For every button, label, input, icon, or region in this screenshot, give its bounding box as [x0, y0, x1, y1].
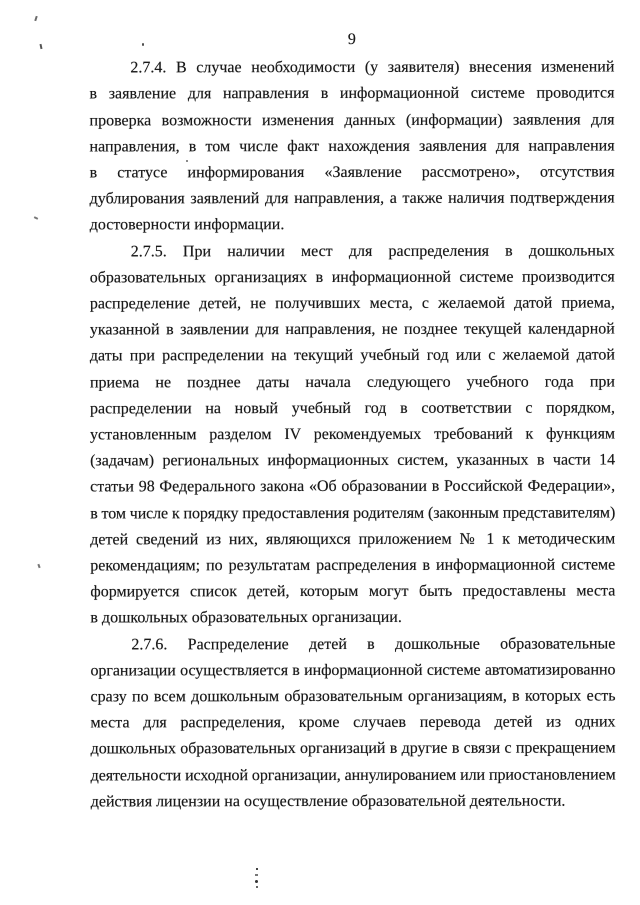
text-line: 2.7.5. При наличии мест для распределени… — [90, 238, 615, 265]
text-line: (задачам) региональных информационных си… — [90, 448, 615, 475]
text-line: 2.7.6. Распределение детей в дошкольные … — [90, 631, 615, 658]
text-line: распределении на новый учебный год в соо… — [90, 395, 615, 422]
scan-artifact — [255, 880, 258, 883]
text-line: организации осуществляется в информацион… — [90, 657, 615, 684]
paragraph-2-7-6: 2.7.6. Распределение детей в дошкольные … — [90, 631, 615, 815]
text-line: даты при распределении на текущий учебны… — [90, 343, 615, 370]
text-line: формируется список детей, которым могут … — [90, 579, 615, 606]
scanned-sheet: 9 2.7.4. В случае необходимости (у заяви… — [0, 0, 640, 816]
text-line: распределение детей, не получивших места… — [90, 291, 615, 318]
text-line: в заявление для направления в информацио… — [89, 81, 614, 108]
document-body: 2.7.4. В случае необходимости (у заявите… — [0, 55, 640, 816]
text-line: 2.7.4. В случае необходимости (у заявите… — [89, 55, 614, 82]
paragraph-2-7-4: 2.7.4. В случае необходимости (у заявите… — [89, 55, 614, 239]
text-line: действия лицензии на осуществление образ… — [91, 788, 616, 815]
text-line: указанной в заявлении для направления, н… — [90, 317, 615, 344]
text-line: в дошкольных образовательных организации… — [90, 605, 615, 632]
document-page: 9 2.7.4. В случае необходимости (у заяви… — [0, 0, 640, 905]
text-line: сразу по всем дошкольным образовательным… — [90, 684, 615, 711]
text-line: установленным разделом IV рекомендуемых … — [90, 422, 615, 449]
text-line: статьи 98 Федерального закона «Об образо… — [90, 474, 615, 501]
scan-artifact — [142, 43, 144, 46]
page-number: 9 — [89, 0, 614, 54]
scan-artifact — [255, 874, 258, 876]
scan-artifact — [256, 886, 258, 888]
scan-artifact — [256, 868, 258, 870]
text-line: деятельности исходной организации, аннул… — [91, 762, 616, 789]
scan-artifact — [186, 160, 188, 162]
text-line: детей сведений из них, являющихся прилож… — [90, 526, 615, 553]
text-line: достоверности информации. — [90, 212, 615, 239]
text-line: места для распределения, кроме случаев п… — [91, 710, 616, 737]
text-line: в статусе информирования «Заявление расс… — [90, 160, 615, 187]
text-line: направления, в том числе факт нахождения… — [90, 133, 615, 160]
text-line: дошкольных образовательных организаций в… — [91, 736, 616, 763]
text-line: образовательных организациях в информаци… — [90, 264, 615, 291]
paragraph-2-7-5: 2.7.5. При наличии мест для распределени… — [90, 238, 616, 632]
text-line: рекомендациям; по результатам распределе… — [90, 553, 615, 580]
text-line: дублирования заявлений для направления, … — [90, 186, 615, 213]
text-line: в том числе к порядку предоставления род… — [90, 500, 615, 527]
text-line: приема не позднее даты начала следующего… — [90, 369, 615, 396]
text-line: проверка возможности изменения данных (и… — [89, 107, 614, 134]
